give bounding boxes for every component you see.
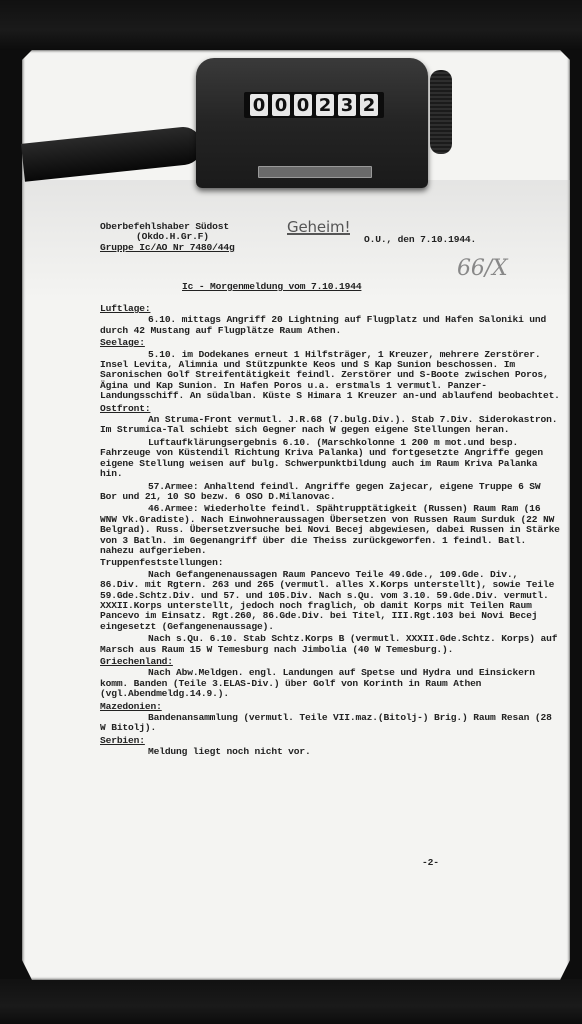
film-border-top	[0, 0, 582, 50]
paragraph: Luftaufklärungsergebnis 6.10. (Marschkol…	[100, 438, 560, 480]
paragraph: Nach s.Qu. 6.10. Stab Schtz.Korps B (ver…	[100, 634, 560, 655]
document-title: Ic - Morgenmeldung vom 7.10.1944	[182, 282, 361, 292]
counter-digit: 0	[250, 94, 268, 116]
handwritten-mark: 66/X	[457, 264, 507, 274]
section-heading-ostfront: Ostfront:	[100, 404, 560, 414]
section-heading-serbien: Serbien:	[100, 736, 560, 746]
counter-digit: 2	[360, 94, 378, 116]
secret-stamp: Geheim!	[287, 222, 350, 235]
counter-knob-icon	[430, 70, 452, 154]
section-heading-griechenland: Griechenland:	[100, 657, 560, 667]
counter-slot	[258, 166, 372, 178]
page-number: -2-	[422, 858, 439, 868]
paragraph: 5.10. im Dodekanes erneut 1 Hilfsträger,…	[100, 350, 560, 402]
paragraph: An Struma-Front vermutl. J.R.68 (7.bulg.…	[100, 415, 560, 436]
section-heading-luftlage: Luftlage:	[100, 304, 560, 314]
section-heading-mazedonien: Mazedonien:	[100, 702, 560, 712]
film-border-bottom	[0, 979, 582, 1024]
paragraph: 57.Armee: Anhaltend feindl. Angriffe geg…	[100, 482, 560, 503]
counter-display: 0 0 0 2 3 2	[244, 92, 384, 118]
counter-digit: 0	[294, 94, 312, 116]
paragraph: Nach Gefangenenaussagen Raum Pancevo Tei…	[100, 570, 560, 632]
section-heading-truppenfeststellungen: Truppenfeststellungen:	[100, 558, 560, 568]
section-heading-seelage: Seelage:	[100, 338, 560, 348]
counter-digit: 2	[316, 94, 334, 116]
frame-counter-device: 0 0 0 2 3 2	[196, 58, 428, 188]
sender-line-3: Gruppe Ic/AO Nr 7480/44g	[100, 243, 280, 253]
report-body: Luftlage: 6.10. mittags Angriff 20 Light…	[100, 302, 560, 760]
paragraph: Nach Abw.Meldgen. engl. Landungen auf Sp…	[100, 668, 560, 699]
paragraph: 6.10. mittags Angriff 20 Lightning auf F…	[100, 315, 560, 336]
place-date: O.U., den 7.10.1944.	[364, 235, 476, 245]
paragraph: Bandenansammlung (vermutl. Teile VII.maz…	[100, 713, 560, 734]
paragraph: Meldung liegt noch nicht vor.	[100, 747, 560, 757]
sender-block: Oberbefehlshaber Südost (Okdo.H.Gr.F) Gr…	[100, 222, 280, 253]
paragraph: 46.Armee: Wiederholte feindl. Spähtruppt…	[100, 504, 560, 556]
counter-digit: 0	[272, 94, 290, 116]
counter-digit: 3	[338, 94, 356, 116]
